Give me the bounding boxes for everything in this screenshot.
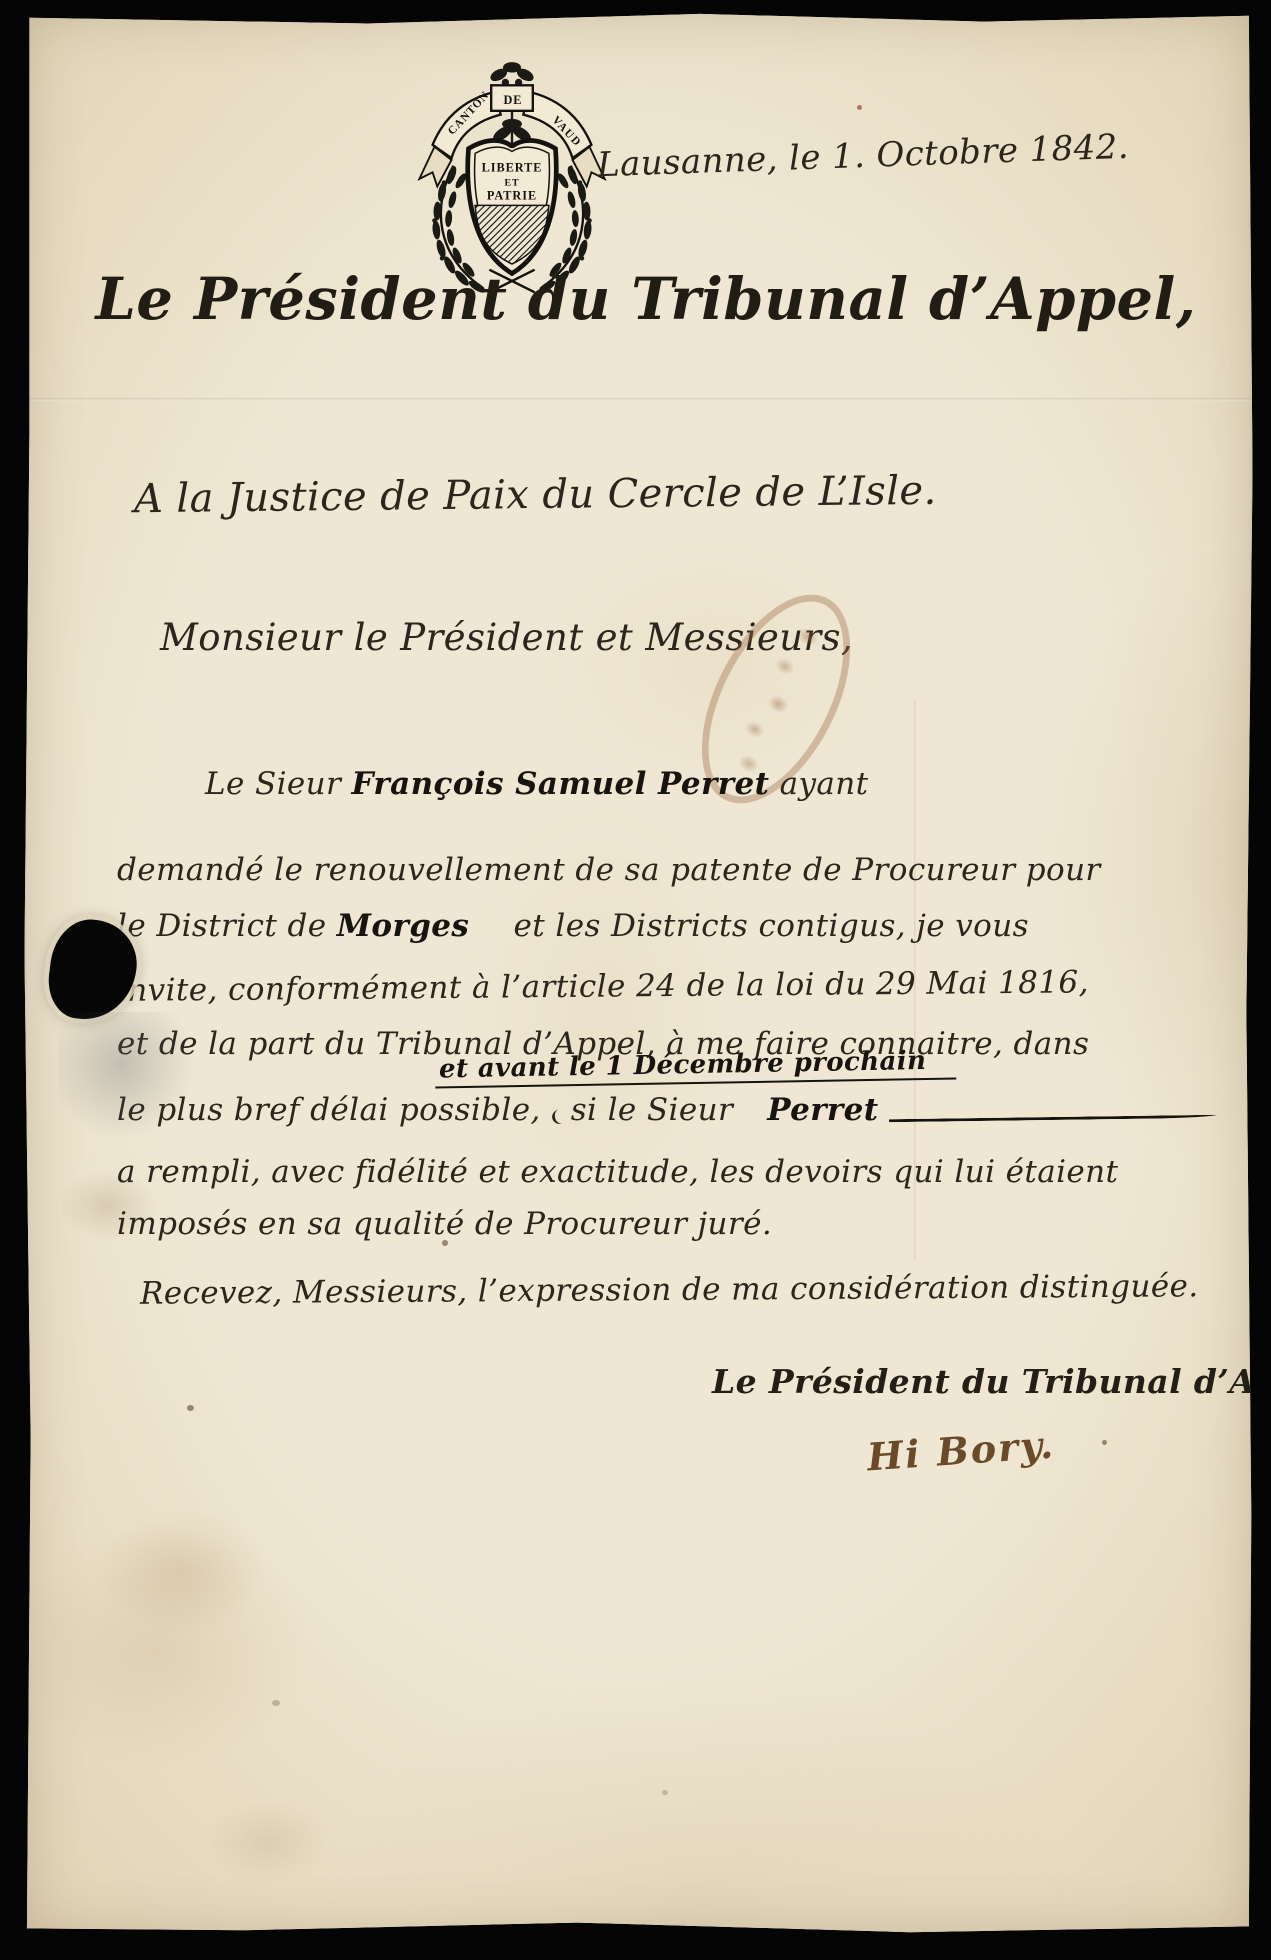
insertion-mark (550, 1107, 571, 1126)
body-line-1: Le Sieur François Samuel Perret ayant (117, 766, 1271, 802)
body-line-2: demandé le renouvellement de sa patente … (117, 852, 1222, 888)
fox-speck (1102, 1440, 1107, 1445)
fox-speck (187, 1405, 194, 1411)
name-fill-perret: Perret (767, 1092, 878, 1128)
body-line-7: a rempli, avec fidélité et exactitude, l… (117, 1154, 1222, 1190)
name-fill-francois-samuel-perret: François Samuel Perret (352, 766, 770, 802)
motto-patrie: PATRIE (487, 189, 537, 203)
ribbon-text-de: DE (503, 93, 522, 107)
body-line-6-pre2: si le Sieur (571, 1092, 733, 1128)
motto-et: ET (504, 178, 519, 189)
letter-sheet: CANTON VAUD DE LIBERTE ET PATRIE L (22, 10, 1255, 1938)
letterhead-title: Le Président du Tribunal d’Appel, (96, 265, 1197, 333)
district-fill-morges: Morges (337, 908, 470, 944)
body-line-4: invite, conformément à l’article 24 de l… (117, 963, 1222, 1009)
body-line-3-post: et les Districts contigus, je vous (503, 908, 1029, 944)
horizontal-fold-crease (22, 398, 1255, 401)
filler-dash-stroke (888, 1115, 1216, 1123)
addressee-line: A la Justice de Paix du Cercle de L’Isle… (134, 468, 937, 522)
shield-lower-field (475, 205, 549, 264)
fox-speck (662, 1790, 668, 1795)
shield: LIBERTE ET PATRIE (468, 140, 557, 273)
body-line-1-pre: Le Sieur (205, 766, 352, 802)
body-line-3-pre: le District de (117, 908, 337, 944)
motto-liberte: LIBERTE (482, 160, 543, 174)
body-line-3: le District de Morges et les Districts c… (117, 908, 1222, 944)
fox-speck (442, 1240, 448, 1246)
body-line-8: imposés en sa qualité de Procureur juré. (117, 1206, 1222, 1242)
ink-smudge (58, 1012, 198, 1142)
signature-name: Hi Bory. (866, 1421, 1057, 1479)
dateline: Lausanne, le 1. Octobre 1842. (596, 127, 1129, 186)
fox-speck (272, 1700, 280, 1706)
closing-formula: Recevez, Messieurs, l’expression de ma c… (140, 1268, 1199, 1311)
body-line-1-post: ayant (769, 766, 868, 802)
signature-title: Le Président du Tribunal d’Appel, (712, 1362, 1271, 1401)
red-speck (857, 105, 862, 110)
body-line-6: et avant le 1 Décembre prochain le plus … (117, 1092, 1222, 1129)
photo-background: CANTON VAUD DE LIBERTE ET PATRIE L (0, 0, 1271, 1960)
